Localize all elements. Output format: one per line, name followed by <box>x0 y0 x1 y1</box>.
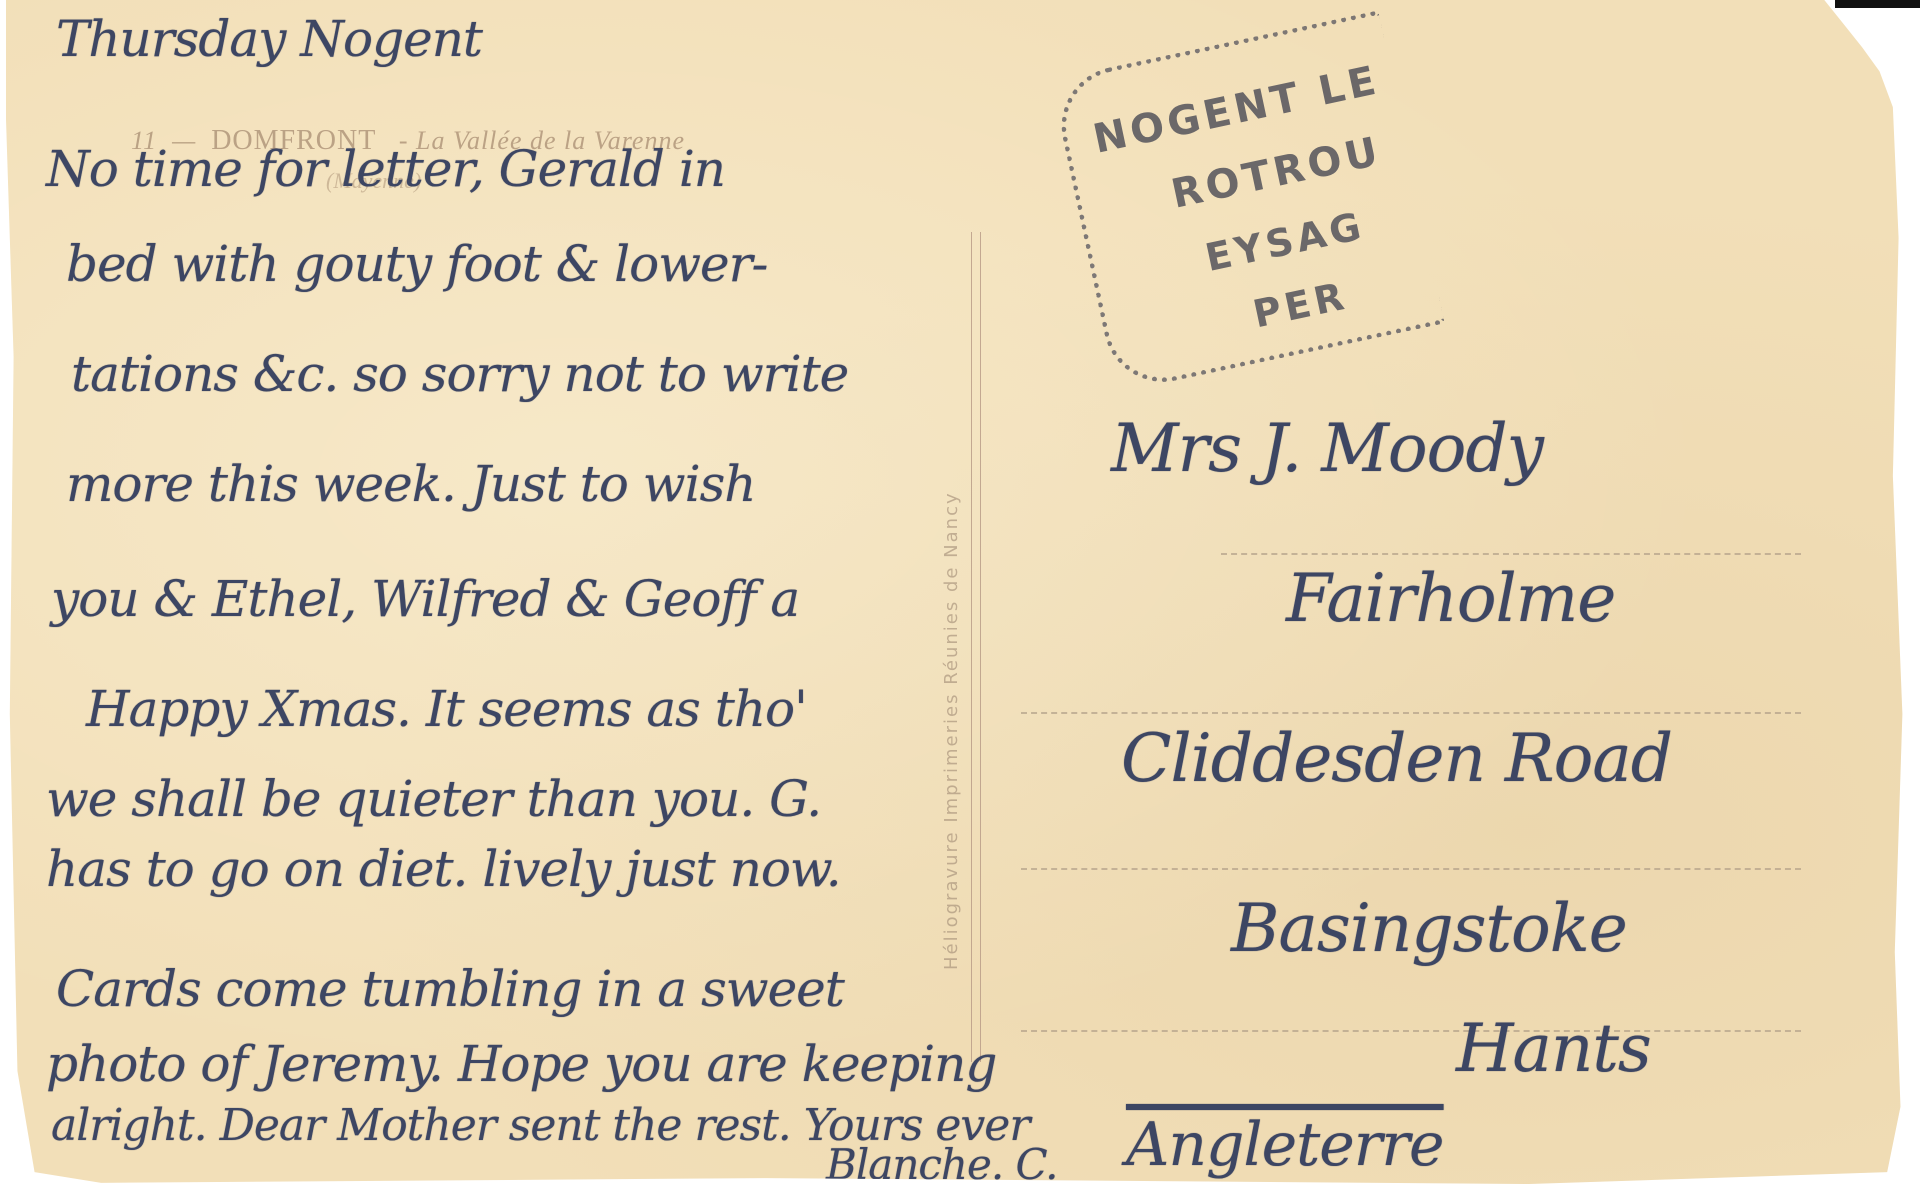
message-line-6: you & Ethel, Wilfred & Geoff a <box>51 570 799 628</box>
message-line-4: tations &c. so sorry not to write <box>71 345 848 403</box>
message-line-1: Thursday Nogent <box>56 10 482 68</box>
address-rule-2 <box>1021 712 1801 714</box>
address-street: Cliddesden Road <box>1121 720 1672 797</box>
message-line-2: No time for letter, Gerald in <box>46 140 725 198</box>
address-house: Fairholme <box>1286 560 1615 637</box>
message-line-11: photo of Jeremy. Hope you are keeping <box>46 1035 996 1093</box>
address-rule-1 <box>1221 553 1801 555</box>
address-county: Hants <box>1456 1010 1651 1087</box>
message-line-8: we shall be quieter than you. G. <box>46 770 821 828</box>
center-divider-line <box>971 232 981 1062</box>
address-country: Angleterre <box>1126 1110 1444 1180</box>
postmark-stamp: NOGENT LE ROTROU EYSAG PER <box>1051 7 1462 403</box>
message-line-9: has to go on diet. lively just now. <box>46 840 841 898</box>
address-town: Basingstoke <box>1231 890 1627 967</box>
address-rule-3 <box>1021 868 1801 870</box>
address-rule-4 <box>1021 1030 1801 1032</box>
message-line-7: Happy Xmas. It seems as tho' <box>86 680 807 738</box>
message-line-3: bed with gouty foot & lower- <box>66 235 767 293</box>
message-line-5: more this week. Just to wish <box>66 455 755 513</box>
postcard: 11 — DOMFRONT - La Vallée de la Varenne … <box>6 0 1910 1190</box>
scanner-edge-bar <box>1835 0 1920 8</box>
address-recipient: Mrs J. Moody <box>1111 410 1543 487</box>
message-line-10: Cards come tumbling in a sweet <box>56 960 844 1018</box>
signature: Blanche. C. <box>826 1140 1058 1189</box>
printer-credit: Héliogravure Imprimeries Réunies de Nanc… <box>941 491 962 970</box>
